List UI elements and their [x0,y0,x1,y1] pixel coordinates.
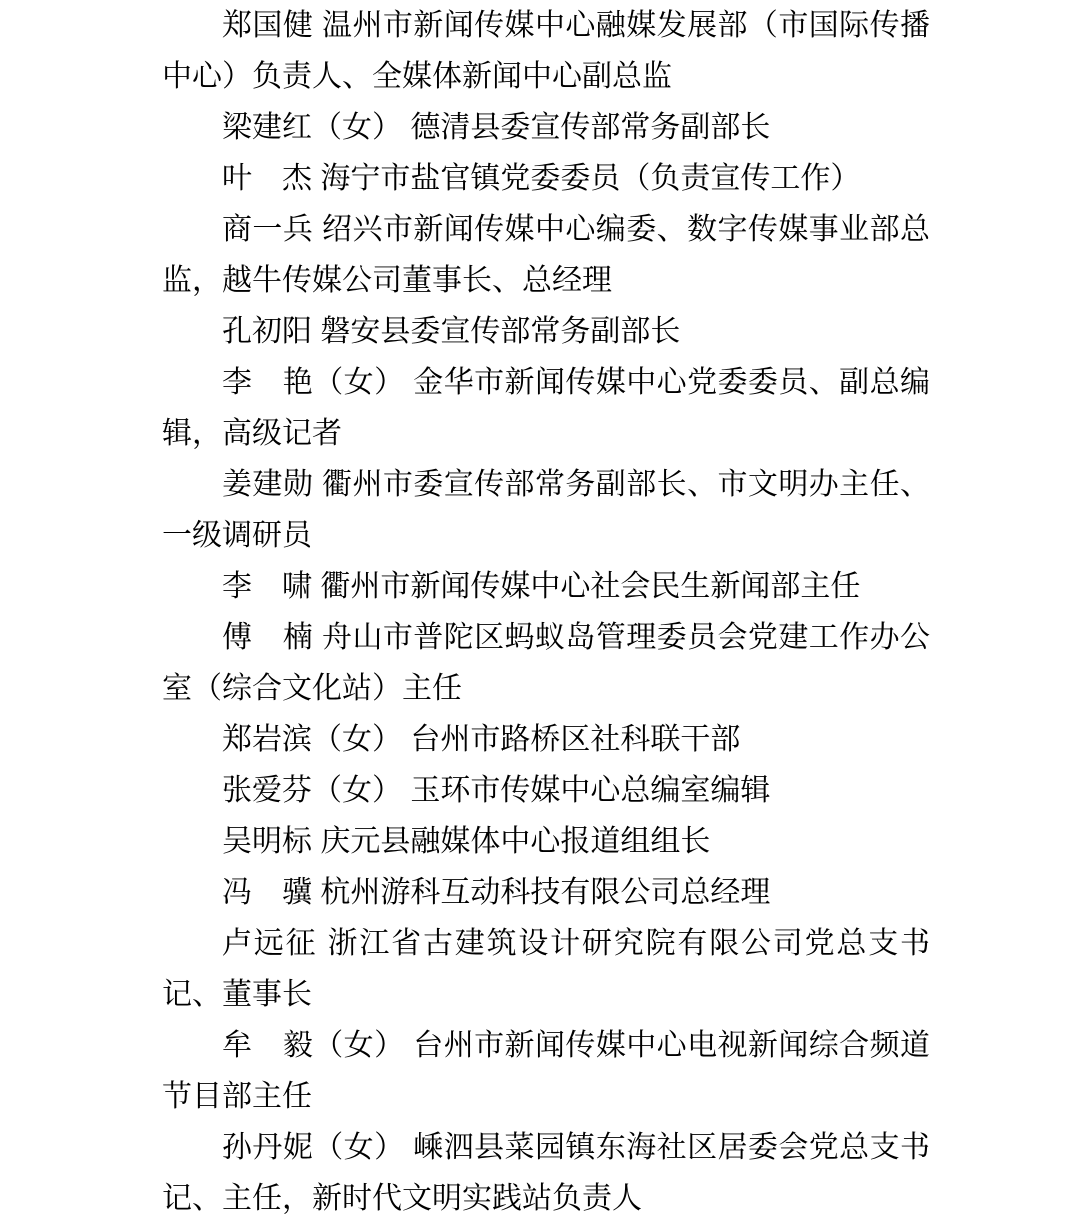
person-position: 衢州市新闻传媒中心社会民生新闻部主任 [320,570,860,603]
roster-entry: 李 艳（女） 金华市新闻传媒中心党委委员、副总编辑，高级记者 [162,357,930,459]
person-name: 牟 毅（女） [222,1029,405,1062]
person-name: 傅 楠 [222,621,313,654]
roster-entry: 牟 毅（女） 台州市新闻传媒中心电视新闻综合频道节目部主任 [162,1020,930,1122]
person-name: 梁建红（女） [222,111,402,144]
person-position: 杭州游科互动科技有限公司总经理 [320,876,770,909]
document-page: 郑国健 温州市新闻传媒中心融媒发展部（市国际传播中心）负责人、全媒体新闻中心副总… [0,0,1080,1223]
roster-entry: 孔初阳 磐安县委宣传部常务副部长 [162,306,930,357]
person-position: 磐安县委宣传部常务副部长 [320,315,680,348]
roster-entry: 张爱芬（女） 玉环市传媒中心总编室编辑 [162,765,930,816]
person-name: 姜建勋 [222,468,313,501]
person-position: 台州市路桥区社科联干部 [410,723,740,756]
roster-entry: 孙丹妮（女） 嵊泗县菜园镇东海社区居委会党总支书记、主任，新时代文明实践站负责人 [162,1122,930,1223]
person-name: 李 艳（女） [222,366,405,399]
roster-entry: 郑岩滨（女） 台州市路桥区社科联干部 [162,714,930,765]
roster-entry: 叶 杰 海宁市盐官镇党委委员（负责宣传工作） [162,153,930,204]
roster-entry: 商一兵 绍兴市新闻传媒中心编委、数字传媒事业部总监，越牛传媒公司董事长、总经理 [162,204,930,306]
person-name: 张爱芬（女） [222,774,402,807]
roster-entry: 梁建红（女） 德清县委宣传部常务副部长 [162,102,930,153]
roster-entry: 郑国健 温州市新闻传媒中心融媒发展部（市国际传播中心）负责人、全媒体新闻中心副总… [162,0,930,102]
person-name: 卢远征 [222,927,317,960]
roster-entry: 吴明标 庆元县融媒体中心报道组组长 [162,816,930,867]
person-name: 李 啸 [222,570,312,603]
roster-entry: 李 啸 衢州市新闻传媒中心社会民生新闻部主任 [162,561,930,612]
person-name: 吴明标 [222,825,312,858]
roster-entry: 傅 楠 舟山市普陀区蚂蚁岛管理委员会党建工作办公室（综合文化站）主任 [162,612,930,714]
person-name: 商一兵 [222,213,313,246]
person-name: 叶 杰 [222,162,312,195]
person-name: 孙丹妮（女） [222,1131,405,1164]
roster-entry: 姜建勋 衢州市委宣传部常务副部长、市文明办主任、一级调研员 [162,459,930,561]
person-name: 郑岩滨（女） [222,723,402,756]
person-name: 郑国健 [222,9,313,42]
person-position: 海宁市盐官镇党委委员（负责宣传工作） [320,162,860,195]
roster-entry: 冯 骥 杭州游科互动科技有限公司总经理 [162,867,930,918]
person-position: 庆元县融媒体中心报道组组长 [320,825,710,858]
person-position: 玉环市传媒中心总编室编辑 [410,774,770,807]
person-position: 德清县委宣传部常务副部长 [410,111,770,144]
person-name: 冯 骥 [222,876,312,909]
roster-entry: 卢远征 浙江省古建筑设计研究院有限公司党总支书记、董事长 [162,918,930,1020]
person-name: 孔初阳 [222,315,312,348]
